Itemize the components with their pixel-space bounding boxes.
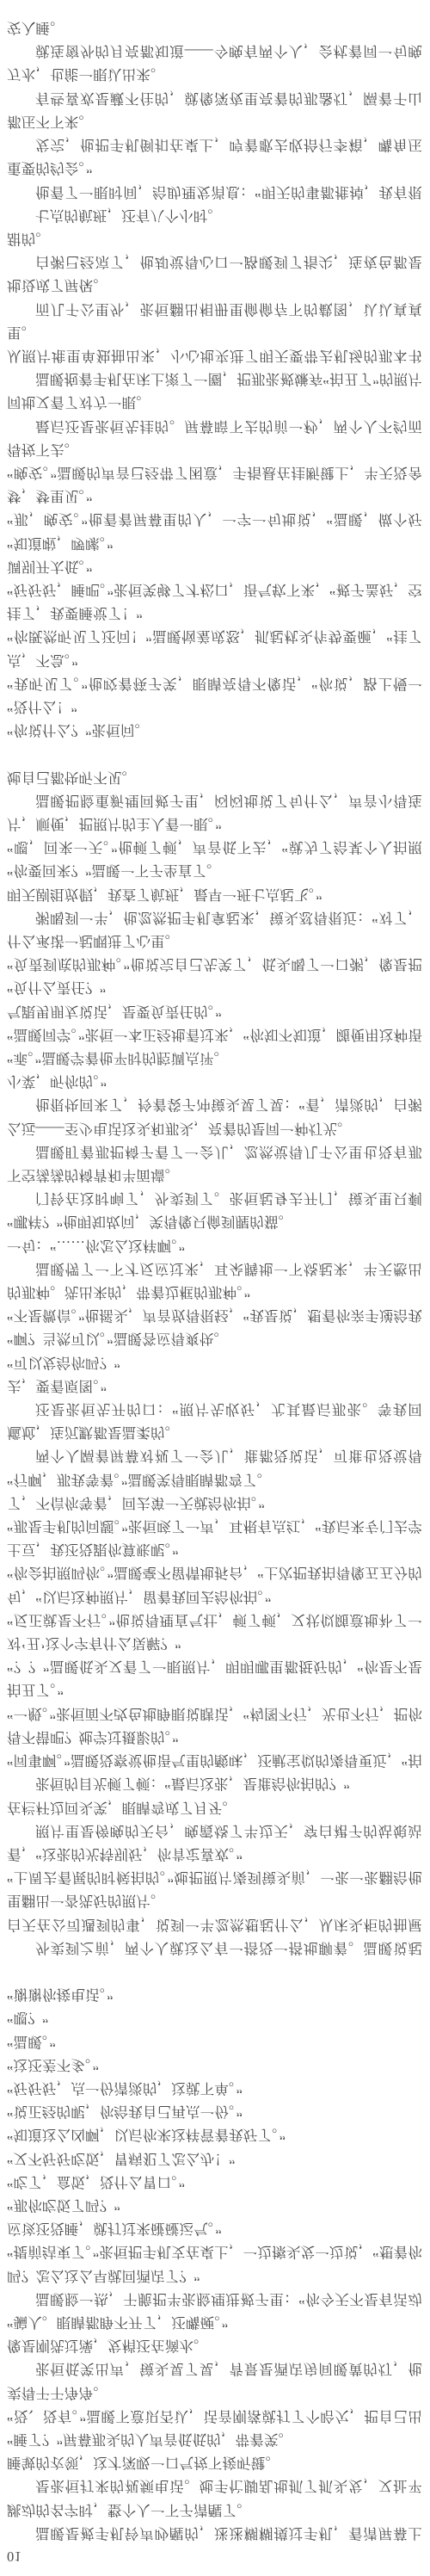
- paragraph: “乖。”温暖学着他平时的腔调点评。: [7, 1047, 422, 1070]
- paragraph: 有些喜欢是藏不住的，就像深夜里亮着的那盏灯，隔着千山万水，也能一眼认出来。: [7, 63, 422, 109]
- paragraph: “骗人。眼睛都睁不开了，还嘴硬。”: [7, 2311, 422, 2334]
- scene-break: [7, 742, 422, 765]
- paragraph: 温暖抱着手机在床上滚了一圈，把那张被嫌弃“拍丑了”的照片从照片堆里单独抽出来，小…: [7, 321, 422, 392]
- paragraph: “同事啊。”温暖没察觉他语气里的酸味，还献宝似的凑得更近，“拍得不错吧？她学过摄…: [7, 1726, 422, 1772]
- paragraph: 门铃在这时响了，外卖到了。张恒起身去开门，镜头里只剩下空荡荡的椅背和半面墙。: [7, 1164, 422, 1210]
- paragraph: “？？”温暖低头又看了一眼照片，明明哪里都挺好的，“你是不是对‘丑’这个字有什么…: [7, 1632, 422, 1678]
- novel-page: 01温暖是被手机铃声吵醒的，迷迷糊糊摸过手机，看清屏幕上跳动的名字时，整个人一下…: [0, 0, 430, 2576]
- paragraph: “你要回来？”温暖一下子坐直了。: [7, 859, 422, 882]
- paragraph: “谢谢你接电话。”: [7, 1983, 422, 2006]
- paragraph: “你说什么？”张恒问。: [7, 719, 422, 742]
- paragraph: “知道啦，啰嗦。”: [7, 531, 422, 554]
- paragraph: “睡了？”屏幕那头的人声音低低的，带着笑。: [7, 2428, 422, 2451]
- paragraph: “那是手机的问题。”张恒咳了一声，耳根有点红，“我后来专门去学了，不信你等着，回…: [7, 1492, 422, 1538]
- paragraph: “我听见了。”他咬着筷子笑，眼睛亮得不像话，“你说，路上慢一点，不急。”: [7, 648, 422, 695]
- paragraph: “说正经的呢，你给我自己再点一份。”: [7, 2100, 422, 2123]
- paragraph: “好好好，睡吧。”张恒笑够了才松口，语气软下来，“被子盖好，空调别开太低。”: [7, 555, 422, 602]
- paragraph: “提前结束了。”张恒把手机支在桌上，一边擦头发一边说，“想着你应该还没睡，就打过…: [7, 2217, 422, 2264]
- paragraph: “晚安。”温暖的声音已经带了困意，手指悬在挂断键上，半天没舍得按下去。: [7, 438, 422, 485]
- paragraph: 他看了一眼时间，给助理发消息：“明天的事都推掉，我有很重要的约会。”: [7, 157, 422, 203]
- paragraph: 外卖到之前，两个人就这么有一搭没一搭地聊着。温暖说起白天在公司遇到的事，说到一半…: [7, 1889, 422, 1960]
- paragraph: “啊？当然可以。”温暖答应得爽快。: [7, 1327, 422, 1350]
- paragraph: “上周去看展的时候拍的。”她把照片凑到镜头前，一张一张翻给他看，“这张的光特别好…: [7, 1843, 422, 1889]
- paragraph: 张恒低笑出声，镜头晃了晃，背景是酒店房间暖黄的灯，他像是刚洗过澡，发梢还在滴水。: [7, 2334, 422, 2381]
- paragraph: 粥喝到一半，他忽然把手机拿起来，镜头怼得很近：“对了，明天剧组放假，我查了航班，…: [7, 882, 422, 929]
- paragraph: “哪样？”他明知故问，笑得像只偷到腥的猫。: [7, 1210, 422, 1233]
- paragraph: 而几千公里外，张恒翻出相册里偷偷存下的截图，认认真真地设成了屏保。: [7, 274, 422, 320]
- paragraph: 就连窗外的月亮都知道——今晚有两个人，会枕着同一句晚安入睡。: [7, 16, 422, 63]
- paragraph: “不是微信。”他摇头，声音放得很轻，“我是说，想看你亲手递给我的那种。洗出来的，…: [7, 1281, 422, 1327]
- paragraph: “好好好，点一份清淡的，这就下单。”: [7, 2077, 422, 2100]
- paragraph: “知道这么凶啊，以后你来这样管着我好了。”: [7, 2123, 422, 2147]
- paragraph: “负责到底的那种。”他说完自己先笑了，低头喝了一口粥，像是把什么承诺一起咽进了心…: [7, 930, 422, 976]
- paragraph: 温暖盯着那把椅子看了一会儿，忽然觉得几千公里也没有那么远——至少电话这头和那头，…: [7, 1116, 422, 1163]
- paragraph: “吃了，盒饭，没什么胃口。”: [7, 2171, 422, 2194]
- paragraph: “嗯，回来一天。”他顿了顿，声音低下去，“就为了给某个人拍照片，顺便，把照片的主…: [7, 812, 422, 859]
- mirrored-text-content: 01温暖是被手机铃声吵醒的，迷迷糊糊摸过手机，看清屏幕上跳动的名字时，整个人一下…: [0, 0, 430, 2576]
- paragraph: “温暖。”: [7, 2029, 422, 2053]
- paragraph: “可以发给你吗？”: [7, 1350, 422, 1374]
- paragraph: 两个人隔着屏幕对视了一会儿，谁都没说话，可谁也没觉得尴尬，连沉默都是温柔的。: [7, 1421, 422, 1467]
- paragraph: “反正就是不行。”他说得理直气壮，顿了顿，又状似随意地补了一句，“以后这种照片，…: [7, 1585, 422, 1631]
- paragraph: 白粥已经凉了，他却觉得心口一路暖到了指尖，连夜色都是甜的。: [7, 227, 422, 274]
- paragraph: “那你吃饭了吗？”: [7, 2194, 422, 2217]
- paragraph: 张恒的目光顿了顿：“最后这张，是谁给你拍的？”: [7, 1772, 422, 1795]
- paragraph: 温暖把脸重新埋回被子里，闷闷地说了句什么，声音小得连她自己都快听不见。: [7, 765, 422, 812]
- paragraph: “一般。”张恒面不改色地睁眼说瞎话，“构图不行，光也不行，把你拍丑了。”: [7, 1678, 422, 1725]
- paragraph: “没、没有。”温暖下意识否认，话音刚落就打了个哈欠，把自己出卖得干干净净。: [7, 2381, 422, 2427]
- page-number: 01: [7, 2545, 422, 2568]
- paragraph: 是张恒打来的视频电话。她手忙脚乱地抓了抓头发，又扯平睡皱的衣领，这才深吸一口气按…: [7, 2451, 422, 2498]
- paragraph: “嗯？”: [7, 2006, 422, 2029]
- paragraph: “你会拍照吗你。”温暖毫不留情地拆台，“上次把我拍得像五五分的土豆，我还没跟你算…: [7, 1538, 422, 1585]
- paragraph: 最后还是张恒先挂的。屏幕暗下去的前一秒，两个人不约而同地又看了对方一眼。: [7, 391, 422, 437]
- paragraph: 他很快回来了，拎着袋子冲镜头晃了晃：“看，清淡的，白粥小菜，听你的。”: [7, 1070, 422, 1116]
- paragraph: “又不好好吃饭，胃病犯了怎么办！”: [7, 2147, 422, 2170]
- paragraph: “没什么！”: [7, 695, 422, 719]
- scene-break: [7, 1960, 422, 1983]
- paragraph: 温暖愣了一下才反应过来，耳朵腾地一下烧起来，半天憋出一句：“……你怎么这样啊。”: [7, 1233, 422, 1280]
- paragraph: 温暖是被手机铃声吵醒的，迷迷糊糊摸过手机，看清屏幕上跳动的名字时，整个人一下子清…: [7, 2498, 422, 2544]
- paragraph: 温暖脸一热，干脆把半张脸埋进被子里：“你今天不是有活动吗？怎么这么早就回酒店了？…: [7, 2264, 422, 2310]
- paragraph: 照片里是傍晚的天台，晚霞烧了半边天，穿白裙子的姑娘站在栏杆边回头笑，眼睛弯成了月…: [7, 1795, 422, 1842]
- paragraph: “你既然听见了还问！”温暖恼羞成怒，抓起枕头作势要砸，“挂了挂了，我要睡觉了！”: [7, 602, 422, 648]
- paragraph: 发完，他把手机倒扣在桌上，哼着歌去收拾行李箱，嘴角压都压不下来。: [7, 110, 422, 157]
- paragraph: “行啊，那我等着。”温暖笑得眼睛都弯了。: [7, 1467, 422, 1491]
- paragraph: “那，晚安。”他看着屏幕里的人，一字一句地说，“温暖，做个好梦，梦里见。”: [7, 485, 422, 531]
- paragraph: 还是张恒先开的口：“照片先收好，尤其最后那张。等我回去，要看原图。”: [7, 1374, 422, 1421]
- paragraph: 七点的航班，还有八个小时。: [7, 204, 422, 227]
- paragraph: “负什么责任？”: [7, 976, 422, 999]
- paragraph: “温暖同学。”张恒一本正经地看过来，“你知不知道，随便用这种语气跟男朋友说话，是…: [7, 999, 422, 1046]
- paragraph: “这还差不多。”: [7, 2054, 422, 2077]
